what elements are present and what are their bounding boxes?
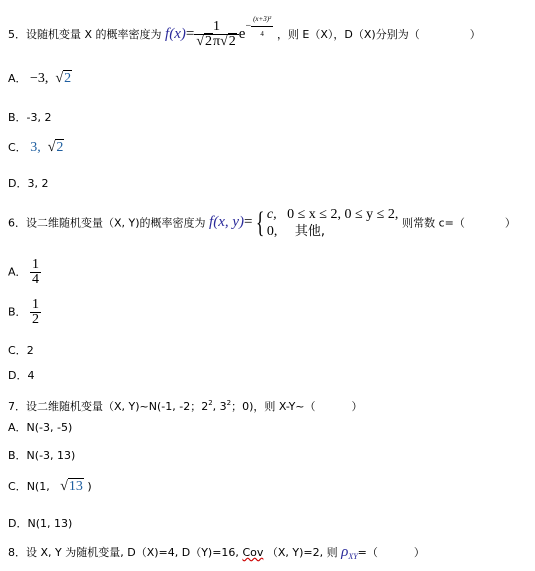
option-text: -3, 2 (27, 111, 52, 124)
question-text: 设二维随机变量（X, Y)~N(-1, -2；2 (26, 400, 208, 413)
rho-symbol: ρXY (341, 544, 358, 560)
option-text: N(-3, -5) (27, 421, 73, 434)
exponent: −(x+3)²4 (245, 12, 273, 41)
question-number: 6． (8, 216, 26, 229)
option-label: D． (8, 517, 27, 530)
fraction: 14 (30, 258, 41, 287)
question-6-stem: 6．设二维随机变量（X, Y)的概率密度为 f(x, y)={ c, 0 ≤ x… (8, 206, 516, 240)
option-label: A． (8, 266, 27, 279)
q6-option-a[interactable]: A． 14 (8, 258, 41, 287)
question-tail: ，则 E（X），D（X)分别为（ (277, 28, 420, 41)
question-number: 5． (8, 28, 26, 41)
density-formula: f(x)= 1 √2π√2 e−(x+3)²4 (165, 26, 277, 42)
q6-option-d[interactable]: D．4 (8, 369, 34, 383)
question-8-stem: 8．设 X, Y 为随机变量, D（X)=4, D（Y)=16, Cov （X,… (8, 545, 425, 564)
density-formula: f(x, y)={ c, 0 ≤ x ≤ 2, 0 ≤ y ≤ 2, 0, 其他… (209, 214, 402, 230)
q5-option-a[interactable]: A． −3, √2 (8, 72, 72, 86)
piecewise-cases: c, 0 ≤ x ≤ 2, 0 ≤ y ≤ 2, 0, 其他, (267, 206, 398, 240)
q5-option-c[interactable]: C． 3, √2 (8, 141, 64, 155)
option-label: A． (8, 72, 27, 85)
question-text: 设二维随机变量（X, Y)的概率密度为 (26, 216, 206, 229)
option-text: 3, 2 (27, 177, 48, 190)
q7-option-a[interactable]: A．N(-3, -5) (8, 421, 72, 435)
option-label: B． (8, 111, 27, 124)
q6-option-b[interactable]: B． 12 (8, 298, 41, 327)
question-5-stem: 5．设随机变量 X 的概率密度为 f(x)= 1 √2π√2 e−(x+3)²4… (8, 20, 481, 49)
option-label: A． (8, 421, 27, 434)
question-number: 8． (8, 546, 26, 559)
option-label: C． (8, 480, 27, 493)
option-label: B． (8, 449, 27, 462)
q7-option-d[interactable]: D．N(1, 13) (8, 517, 72, 531)
question-7-stem: 7．设二维随机变量（X, Y)~N(-1, -2；22, 32；0)，则 X-Y… (8, 396, 363, 414)
question-number: 7． (8, 400, 26, 413)
option-text: 2 (27, 344, 34, 357)
q7-option-c[interactable]: C．N(1, √13 ) (8, 480, 92, 494)
option-label: C． (8, 141, 27, 154)
fraction: 12 (30, 298, 41, 327)
q5-option-d[interactable]: D．3, 2 (8, 177, 48, 191)
option-text: N(-3, 13) (27, 449, 76, 462)
question-text: 设 X, Y 为随机变量, D（X)=4, D（Y)=16, (26, 546, 239, 559)
option-label: B． (8, 306, 27, 319)
option-label: D． (8, 177, 27, 190)
q5-option-b[interactable]: B．-3, 2 (8, 111, 52, 125)
cov-spellcheck: Cov (242, 546, 263, 559)
fraction: 1 √2π√2 (194, 20, 238, 49)
option-label: D． (8, 369, 27, 382)
question-text: 设随机变量 X 的概率密度为 (26, 28, 162, 41)
question-tail: 则常数 c=（ (402, 216, 465, 229)
brace: { (255, 208, 264, 238)
option-text: 4 (27, 369, 34, 382)
option-label: C． (8, 344, 27, 357)
option-text: N(1, 13) (27, 517, 72, 530)
q7-option-b[interactable]: B．N(-3, 13) (8, 449, 75, 463)
q6-option-c[interactable]: C．2 (8, 344, 34, 358)
